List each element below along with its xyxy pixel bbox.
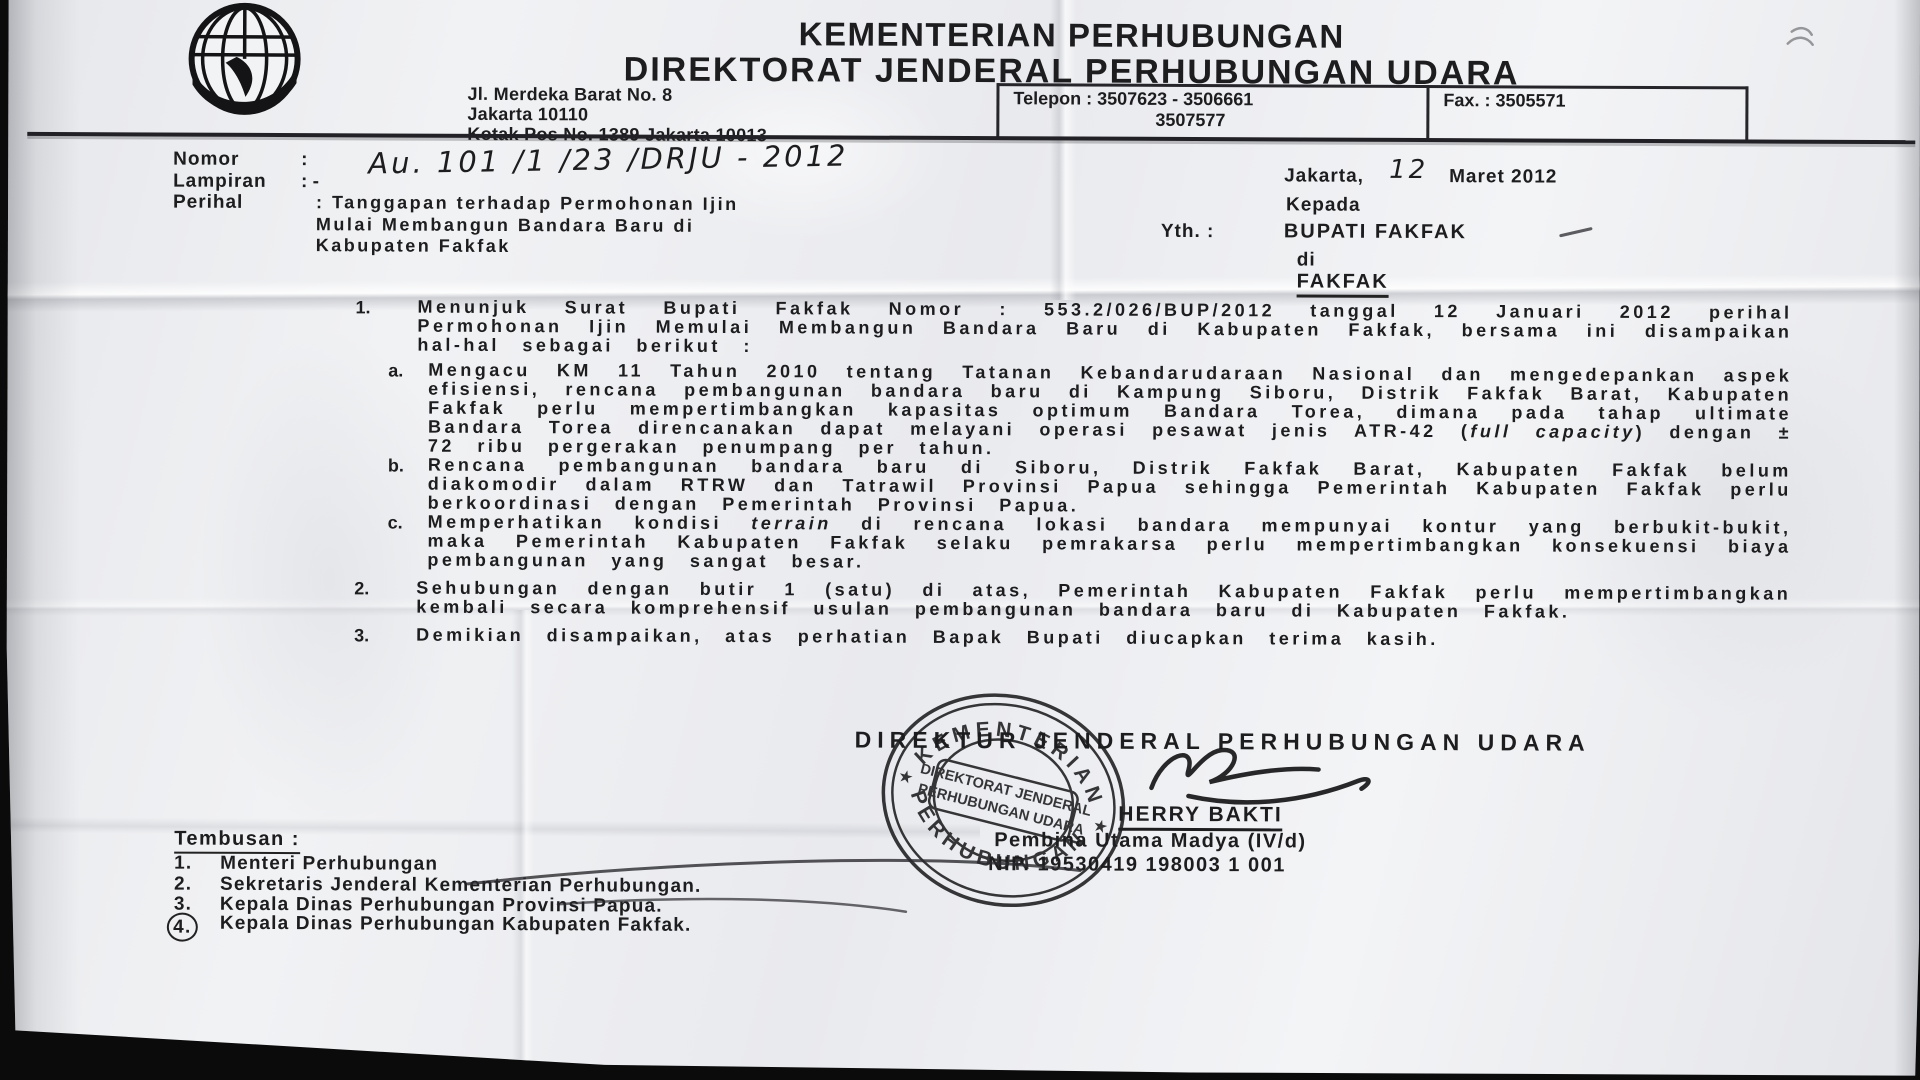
paper-sheet: KEMENTERIAN PERHUBUNGAN DIREKTORAT JENDE… bbox=[0, 0, 1920, 1080]
scanned-letter-page: KEMENTERIAN PERHUBUNGAN DIREKTORAT JENDE… bbox=[0, 0, 1920, 1080]
letter-content: KEMENTERIAN PERHUBUNGAN DIREKTORAT JENDE… bbox=[0, 0, 1920, 1080]
pen-marks-overlay bbox=[0, 0, 1920, 1080]
